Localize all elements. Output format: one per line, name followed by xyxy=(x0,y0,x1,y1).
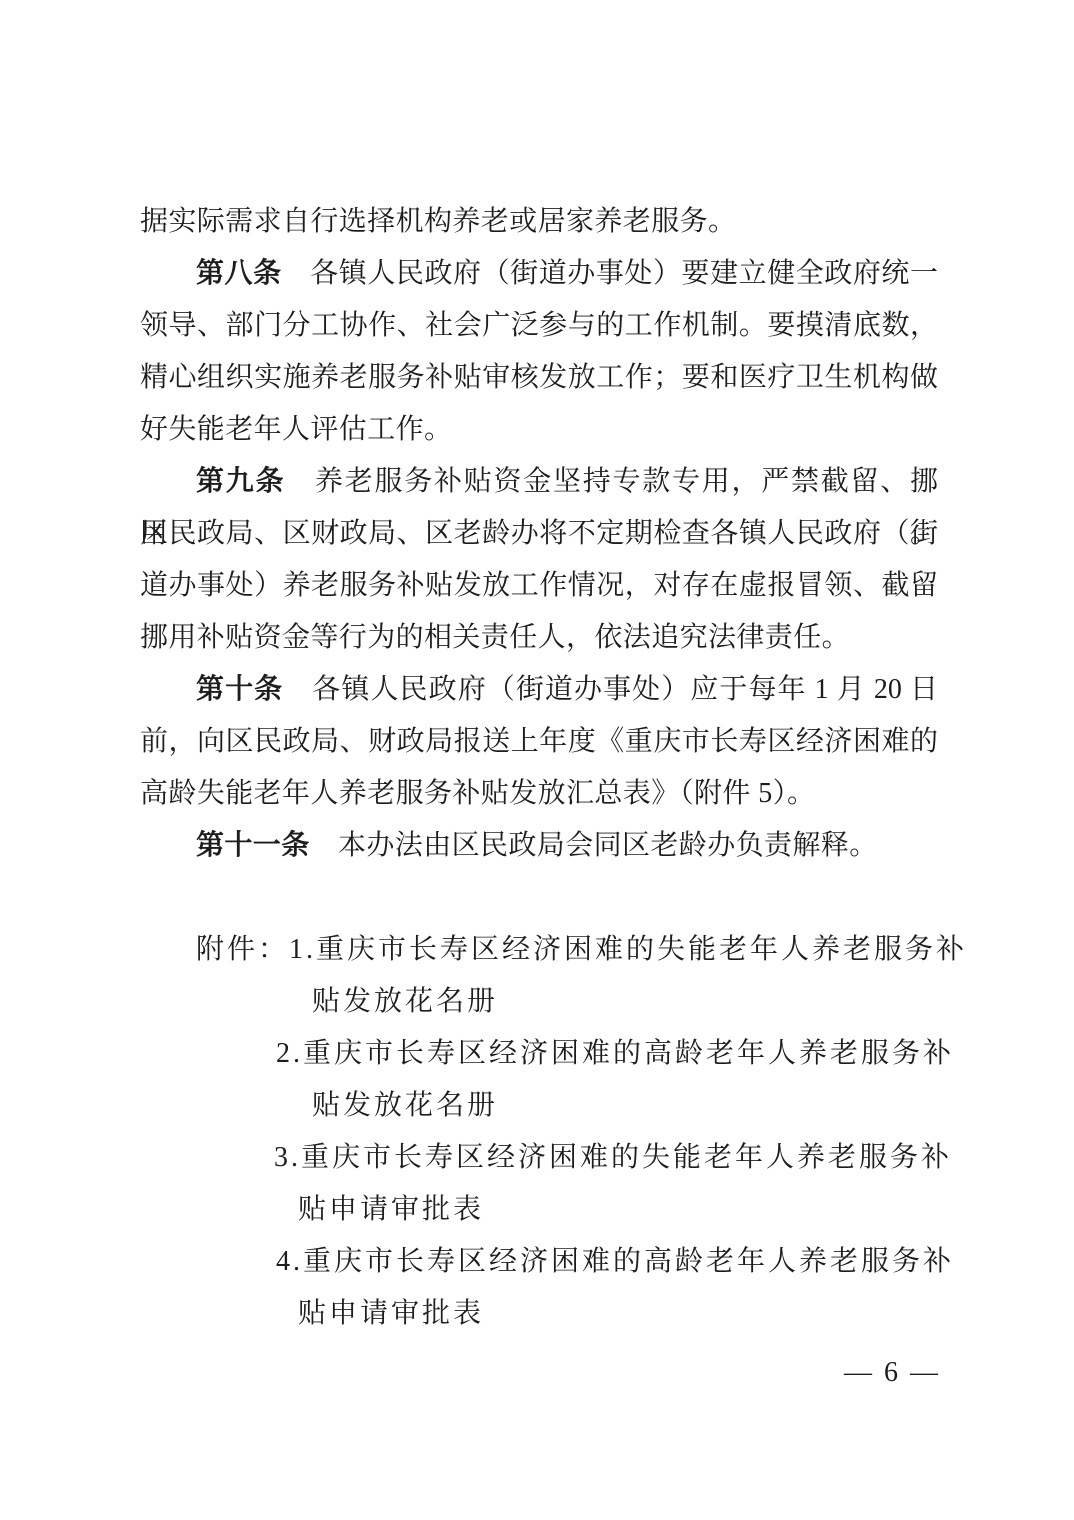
attachment-line-2-cont: 贴发放花名册 xyxy=(312,1080,938,1132)
body-line: 高龄失能老年人养老服务补贴发放汇总表》（附件 5）。 xyxy=(140,768,938,820)
body-line: 好失能老年人评估工作。 xyxy=(140,404,938,456)
body-line: 道办事处）养老服务补贴发放工作情况，对存在虚报冒领、截留 xyxy=(140,560,938,612)
attachment-line-3-cont: 贴申请审批表 xyxy=(298,1184,938,1236)
body-line: 精心组织实施养老服务补贴审核发放工作；要和医疗卫生机构做 xyxy=(140,352,938,404)
page-number: — 6 — xyxy=(844,1347,938,1399)
body-line-article-11: 第十一条 本办法由区民政局会同区老龄办负责解释。 xyxy=(140,820,938,872)
article-number: 第八条 xyxy=(196,258,282,289)
attachment-line-3: 3.重庆市长寿区经济困难的失能老年人养老服务补 xyxy=(274,1132,938,1184)
body-line-article-8: 第八条 各镇人民政府（街道办事处）要建立健全政府统一 xyxy=(140,248,938,300)
body-line-text: 各镇人民政府（街道办事处）要建立健全政府统一 xyxy=(282,258,938,289)
blank-line xyxy=(140,872,938,924)
body-line: 区民政局、区财政局、区老龄办将不定期检查各镇人民政府（街 xyxy=(140,508,938,560)
document-body: 据实际需求自行选择机构养老或居家养老服务。 第八条 各镇人民政府（街道办事处）要… xyxy=(140,196,938,1340)
document-page: 据实际需求自行选择机构养老或居家养老服务。 第八条 各镇人民政府（街道办事处）要… xyxy=(0,0,1074,1520)
attachment-line-1: 附件：1.重庆市长寿区经济困难的失能老年人养老服务补 xyxy=(196,924,938,976)
body-line: 领导、部门分工协作、社会广泛参与的工作机制。要摸清底数， xyxy=(140,300,938,352)
attachment-line-1-cont: 贴发放花名册 xyxy=(312,976,938,1028)
body-line-article-9: 第九条 养老服务补贴资金坚持专款专用，严禁截留、挪用。 xyxy=(140,456,938,508)
attachment-line-4-cont: 贴申请审批表 xyxy=(298,1288,938,1340)
article-number: 第十一条 xyxy=(196,830,310,861)
body-line-text: 各镇人民政府（街道办事处）应于每年 1 月 20 日 xyxy=(283,674,938,705)
body-line-article-10: 第十条 各镇人民政府（街道办事处）应于每年 1 月 20 日 xyxy=(140,664,938,716)
body-line: 据实际需求自行选择机构养老或居家养老服务。 xyxy=(140,196,938,248)
body-line-text: 本办法由区民政局会同区老龄办负责解释。 xyxy=(310,830,878,861)
body-line: 挪用补贴资金等行为的相关责任人，依法追究法律责任。 xyxy=(140,612,938,664)
article-number: 第九条 xyxy=(196,466,285,497)
attachment-line-2: 2.重庆市长寿区经济困难的高龄老年人养老服务补 xyxy=(276,1028,938,1080)
attachment-label: 附件： xyxy=(196,934,289,965)
attachment-item-text: 1.重庆市长寿区经济困难的失能老年人养老服务补 xyxy=(289,934,967,965)
attachment-line-4: 4.重庆市长寿区经济困难的高龄老年人养老服务补 xyxy=(276,1236,938,1288)
article-number: 第十条 xyxy=(196,674,283,705)
body-line: 前，向区民政局、财政局报送上年度《重庆市长寿区经济困难的 xyxy=(140,716,938,768)
